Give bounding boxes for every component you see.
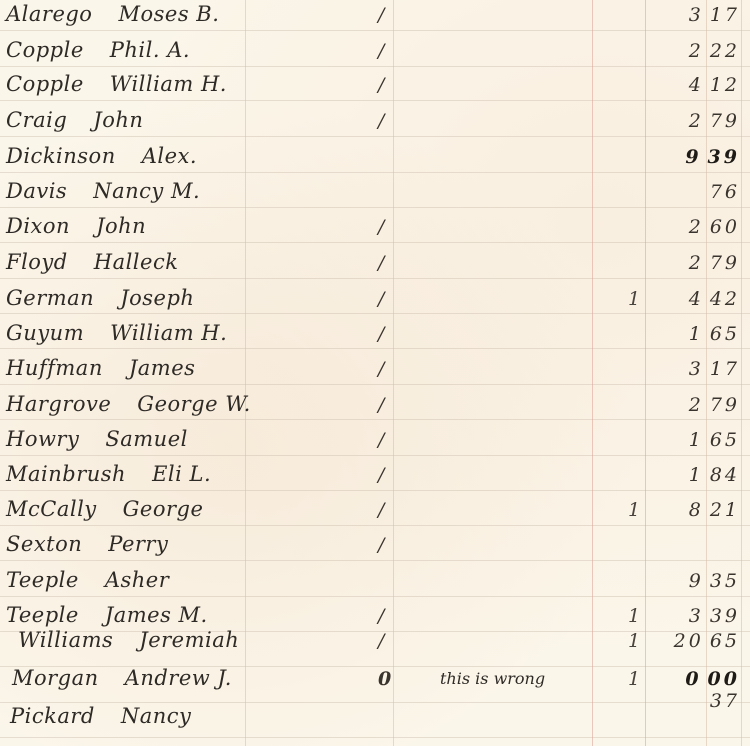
ledger-row: GuyumWilliam H. / 165 xyxy=(0,319,750,355)
amount: 279 xyxy=(682,252,740,274)
entry-name: SextonPerry xyxy=(6,532,168,556)
ledger-row: McCallyGeorge / 1 821 xyxy=(0,495,750,531)
amount: 339 xyxy=(682,605,740,627)
ledger-row: DixonJohn / 260 xyxy=(0,212,750,248)
ledger-row: HargroveGeorge W. / 279 xyxy=(0,390,750,426)
amount: 165 xyxy=(682,323,740,345)
tally-mark: / xyxy=(378,74,384,96)
ledger-row: DavisNancy M. 76 xyxy=(0,177,750,213)
amount: 442 xyxy=(682,288,740,310)
amount: 939 xyxy=(680,146,740,168)
amount: 2065 xyxy=(674,630,740,652)
tally-mark: 0 xyxy=(378,668,391,690)
amount: 222 xyxy=(682,40,740,62)
ledger-row: HuffmanJames / 317 xyxy=(0,354,750,390)
ledger-row: SextonPerry / xyxy=(0,530,750,566)
entry-name: HuffmanJames xyxy=(6,356,195,380)
tally-mark: / xyxy=(378,630,384,652)
amount: 279 xyxy=(682,394,740,416)
amount: 37 xyxy=(682,690,740,712)
entry-name: AlaregoMoses B. xyxy=(6,2,219,26)
tally-mark: / xyxy=(378,216,384,238)
ledger-row: DickinsonAlex. 939 xyxy=(0,142,750,178)
amount: 279 xyxy=(682,110,740,132)
ledger-row: GermanJoseph / 1 442 xyxy=(0,284,750,320)
entry-name: CopplePhil. A. xyxy=(6,38,190,62)
ledger-page: AlaregoMoses B. / 317 CopplePhil. A. / 2… xyxy=(0,0,750,746)
ledger-row: WilliamsJeremiah / 1 2065 xyxy=(0,626,750,662)
margin-note: this is wrong xyxy=(440,669,545,688)
entry-name: DixonJohn xyxy=(6,214,146,238)
tally-mark-secondary: 1 xyxy=(628,499,640,521)
amount: 317 xyxy=(682,358,740,380)
amount: 76 xyxy=(682,181,740,203)
tally-mark-secondary: 1 xyxy=(628,288,640,310)
entry-name: HargroveGeorge W. xyxy=(6,392,251,416)
amount: 821 xyxy=(682,499,740,521)
tally-mark: / xyxy=(378,429,384,451)
amount: 935 xyxy=(682,570,740,592)
entry-name: MorganAndrew J. xyxy=(12,666,232,690)
tally-mark: / xyxy=(378,358,384,380)
tally-mark-secondary: 1 xyxy=(628,605,640,627)
entry-name: TeepleJames M. xyxy=(6,603,208,627)
amount: 412 xyxy=(682,74,740,96)
tally-mark: / xyxy=(378,110,384,132)
ledger-row: HowrySamuel / 165 xyxy=(0,425,750,461)
tally-mark: / xyxy=(378,464,384,486)
tally-mark: / xyxy=(378,40,384,62)
amount: 000 xyxy=(680,668,740,690)
tally-mark: / xyxy=(378,252,384,274)
entry-name: GuyumWilliam H. xyxy=(6,321,227,345)
entry-name: GermanJoseph xyxy=(6,286,194,310)
amount: 260 xyxy=(682,216,740,238)
tally-mark: / xyxy=(378,534,384,556)
entry-name: FloydHalleck xyxy=(6,250,178,274)
ledger-row: CraigJohn / 279 xyxy=(0,106,750,142)
amount xyxy=(682,534,740,556)
tally-mark-secondary: 1 xyxy=(628,630,640,652)
ledger-row: MorganAndrew J. 0 this is wrong 1 000 xyxy=(0,664,750,700)
entry-name: MainbrushEli L. xyxy=(6,462,211,486)
tally-mark: / xyxy=(378,288,384,310)
tally-mark: / xyxy=(378,4,384,26)
tally-mark: / xyxy=(378,394,384,416)
ledger-row: AlaregoMoses B. / 317 xyxy=(0,0,750,36)
ledger-row: FloydHalleck / 279 xyxy=(0,248,750,284)
tally-mark: / xyxy=(378,605,384,627)
entry-name: WilliamsJeremiah xyxy=(18,628,239,652)
entry-name: CraigJohn xyxy=(6,108,143,132)
entry-name: TeepleAsher xyxy=(6,568,169,592)
ledger-row: PickardNancy 37 xyxy=(0,702,750,738)
entry-name: DickinsonAlex. xyxy=(6,144,197,168)
ledger-row: TeepleAsher 935 xyxy=(0,566,750,602)
ledger-row: MainbrushEli L. / 184 xyxy=(0,460,750,496)
entry-name: HowrySamuel xyxy=(6,427,188,451)
entry-name: DavisNancy M. xyxy=(6,179,200,203)
entry-name: McCallyGeorge xyxy=(6,497,203,521)
amount: 317 xyxy=(682,4,740,26)
ledger-row: CopplePhil. A. / 222 xyxy=(0,36,750,72)
tally-mark: / xyxy=(378,499,384,521)
tally-mark-secondary: 1 xyxy=(628,668,640,690)
amount: 184 xyxy=(682,464,740,486)
tally-mark: / xyxy=(378,323,384,345)
entry-name: CoppleWilliam H. xyxy=(6,72,227,96)
ledger-row: CoppleWilliam H. / 412 xyxy=(0,70,750,106)
amount: 165 xyxy=(682,429,740,451)
entry-name: PickardNancy xyxy=(10,704,191,728)
